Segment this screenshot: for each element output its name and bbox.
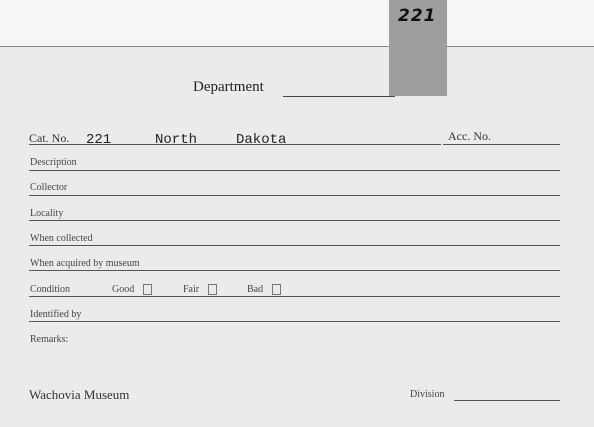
acc-no-line — [443, 144, 560, 145]
condition-label: Condition — [30, 284, 70, 295]
cat-no-line — [29, 144, 441, 145]
division-label: Division — [410, 389, 444, 400]
description-line — [29, 170, 560, 171]
condition-line — [29, 296, 560, 297]
museum-name: Wachovia Museum — [29, 387, 129, 403]
cat-no-value: 221 — [86, 132, 111, 148]
department-line — [283, 96, 395, 97]
identified-by-label: Identified by — [30, 309, 81, 320]
collector-line — [29, 195, 560, 196]
identified-by-line — [29, 321, 560, 322]
typed-north: North — [155, 132, 197, 148]
condition-bad: Bad — [247, 284, 281, 295]
when-collected-line — [29, 245, 560, 246]
typed-dakota: Dakota — [236, 132, 286, 148]
condition-bad-label: Bad — [247, 284, 263, 295]
when-acquired-line — [29, 270, 560, 271]
acc-no-label: Acc. No. — [448, 129, 491, 144]
tab-number: 221 — [398, 6, 437, 26]
collector-label: Collector — [30, 182, 67, 193]
condition-good: Good — [112, 284, 152, 295]
condition-bad-checkbox[interactable] — [272, 284, 281, 295]
locality-line — [29, 220, 560, 221]
condition-fair-label: Fair — [183, 284, 199, 295]
department-label: Department — [193, 79, 264, 96]
division-line — [454, 400, 560, 401]
condition-fair-checkbox[interactable] — [208, 284, 217, 295]
locality-label: Locality — [30, 208, 63, 219]
when-acquired-label: When acquired by museum — [30, 258, 140, 269]
description-label: Description — [30, 157, 77, 168]
condition-fair: Fair — [183, 284, 217, 295]
card-top-strip — [0, 0, 594, 47]
condition-good-label: Good — [112, 284, 134, 295]
remarks-label: Remarks: — [30, 334, 68, 345]
when-collected-label: When collected — [30, 233, 92, 244]
condition-good-checkbox[interactable] — [143, 284, 152, 295]
